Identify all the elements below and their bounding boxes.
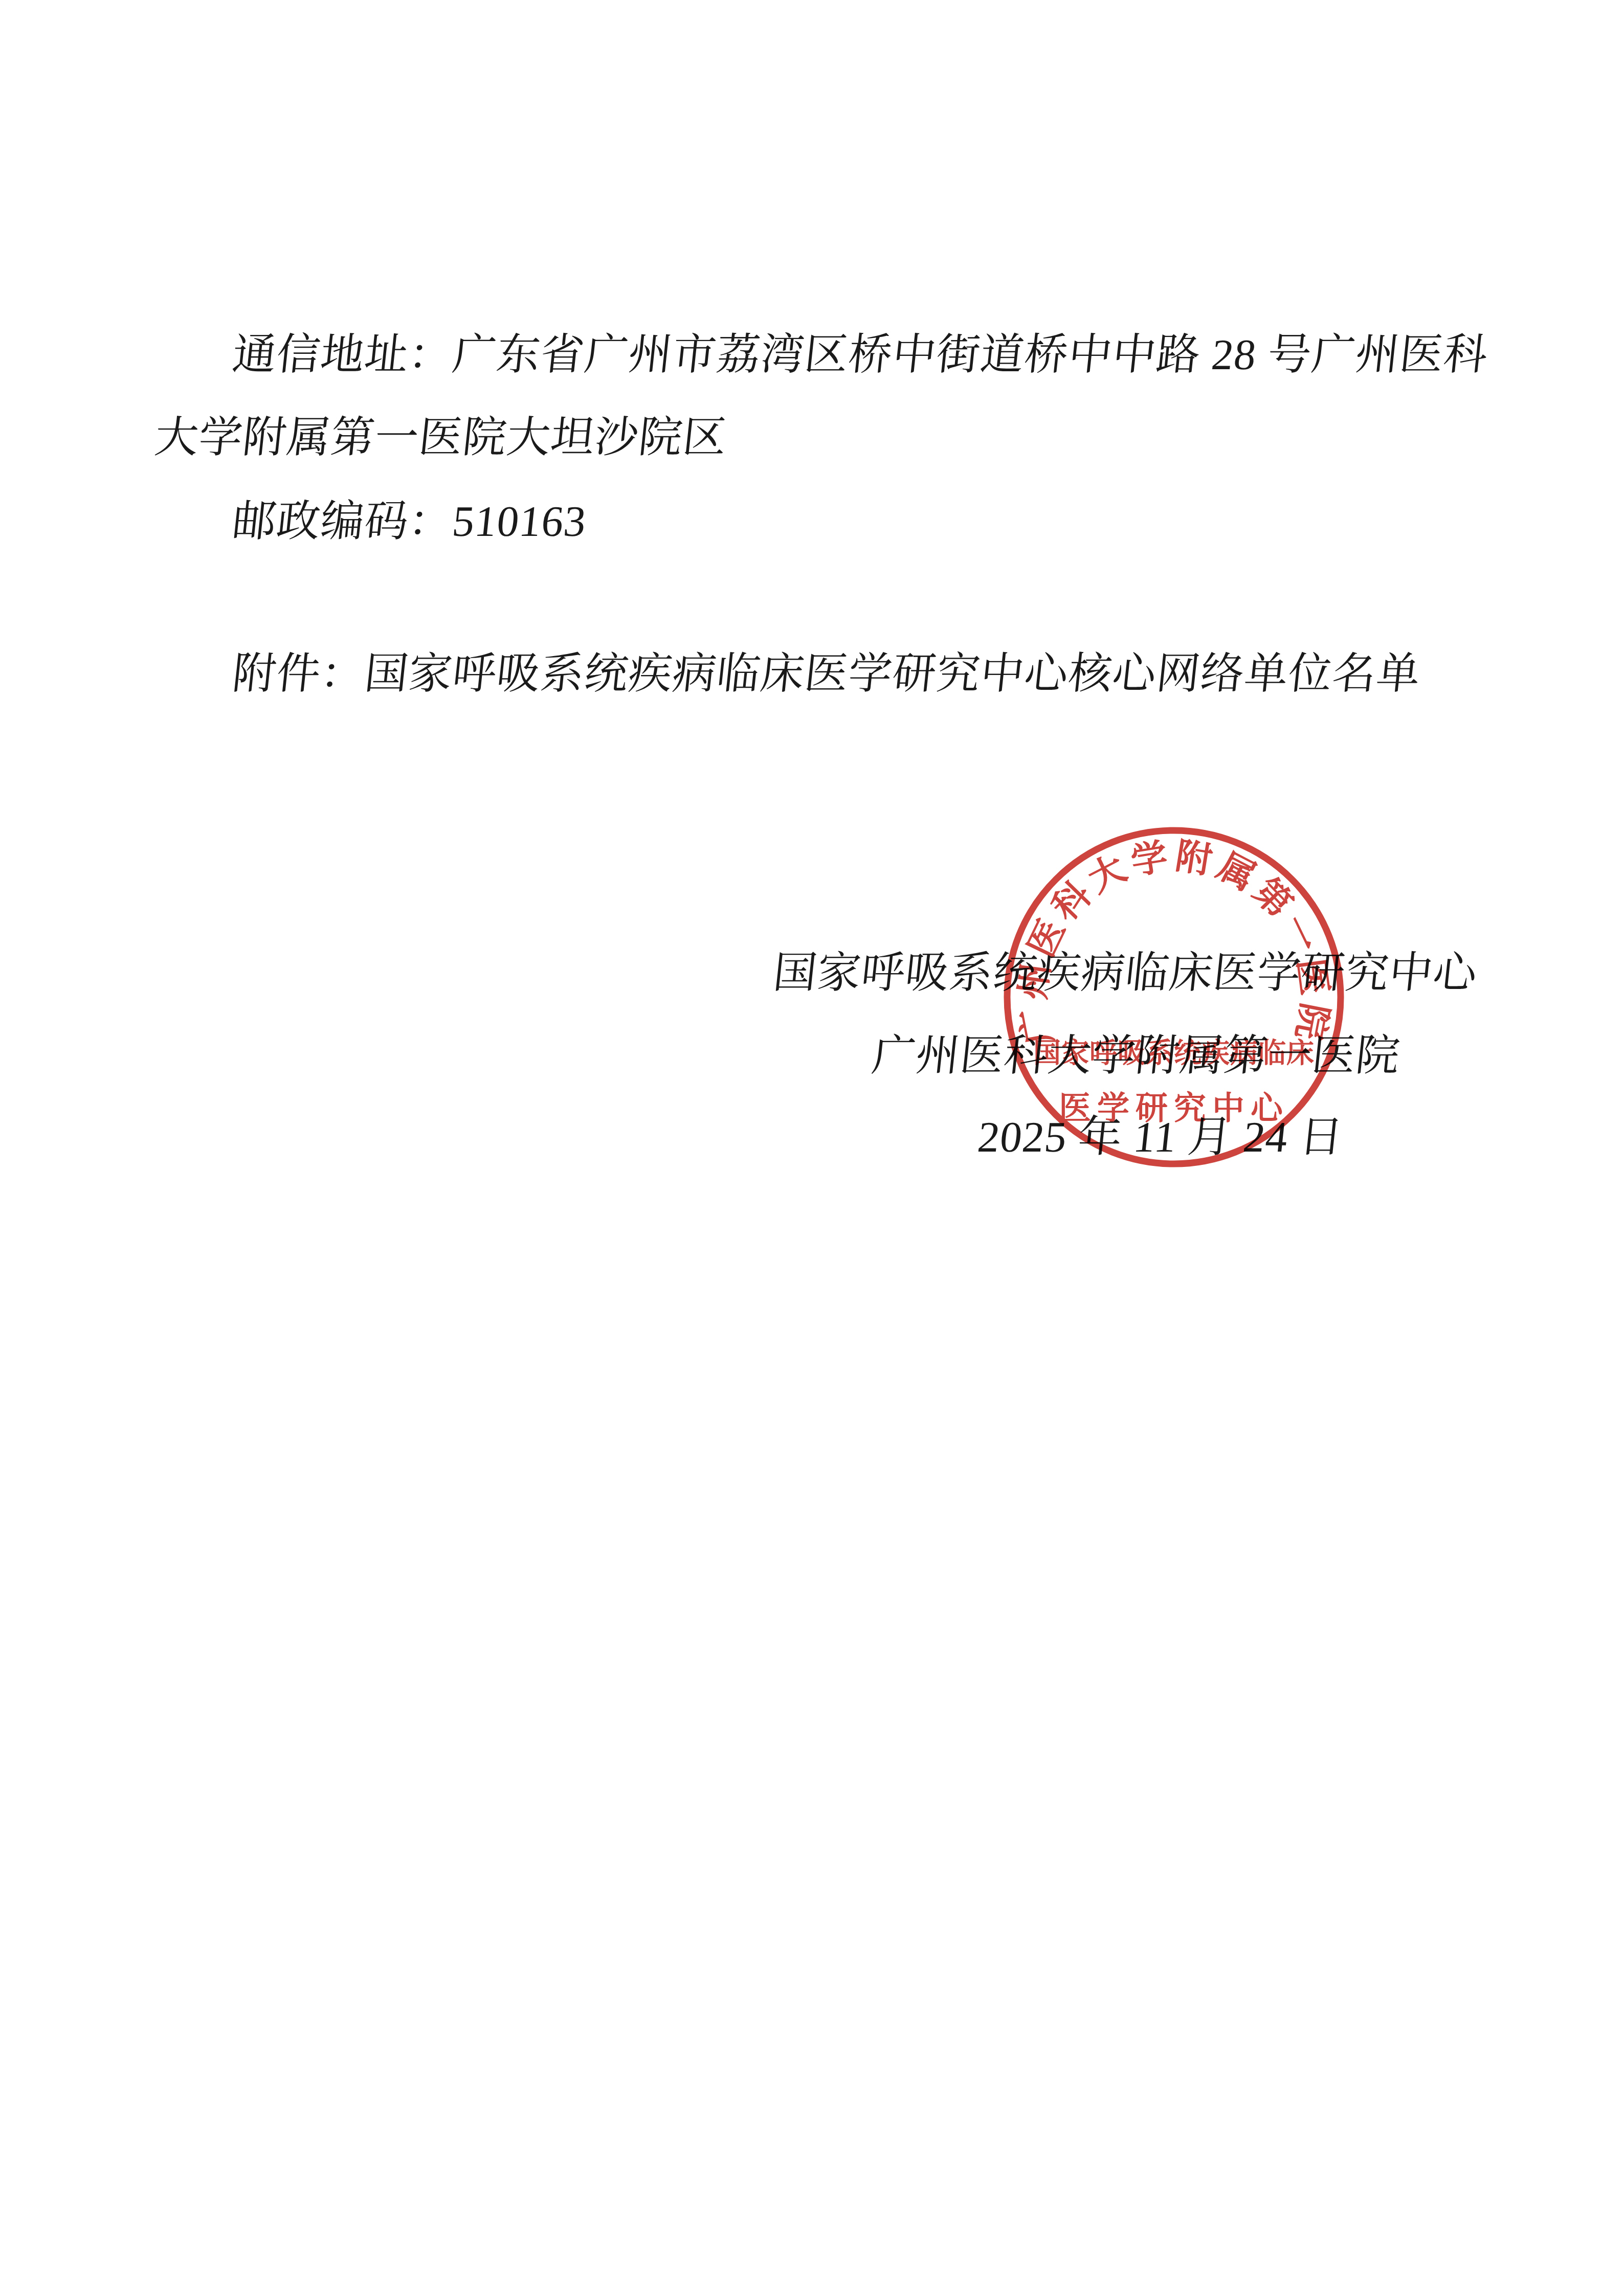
document-page: 通信地址：广东省广州市荔湾区桥中街道桥中中路 28 号广州医科 大学附属第一医院…	[0, 0, 1624, 2296]
postal-code-line: 邮政编码：510163	[230, 498, 589, 546]
attachment-line: 附件：国家呼吸系统疾病临床医学研究中心核心网络单位名单	[230, 650, 1423, 699]
seal-center-text-line-1: 国家呼吸系统疾病临床	[1033, 1038, 1315, 1069]
seal-center-text-line-2: 医学研究中心	[1059, 1090, 1289, 1126]
address-line-2: 大学附属第一医院大坦沙院区	[152, 414, 729, 462]
address-line-1: 通信地址：广东省广州市荔湾区桥中街道桥中中路 28 号广州医科	[230, 331, 1490, 379]
seal-ring-text: 广州医科大学附属第一医院	[1012, 836, 1335, 1048]
official-seal: 广州医科大学附属第一医院 国家呼吸系统疾病临床 医学研究中心	[995, 818, 1353, 1176]
